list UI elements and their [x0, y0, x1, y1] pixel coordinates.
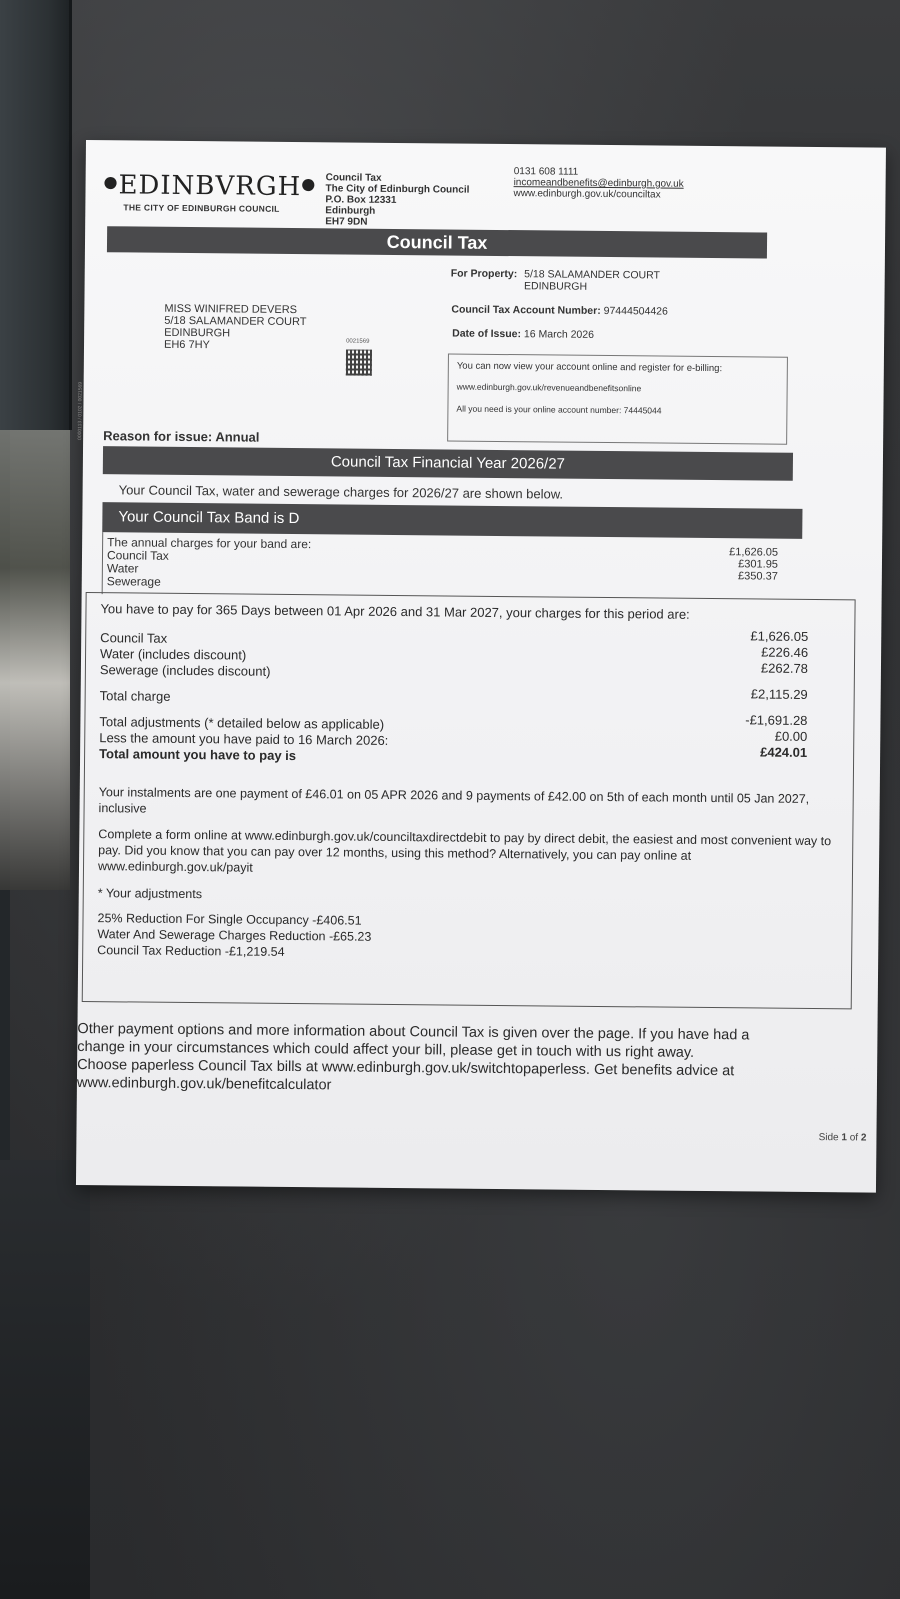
adjustments-list: 25% Reduction For Single Occupancy -£406… — [97, 910, 837, 965]
datamatrix-barcode-icon — [346, 350, 372, 376]
financial-year-bar: Council Tax Financial Year 2026/27 — [103, 446, 793, 481]
addressee-block: MISS WINIFRED DEVERS 5/18 SALAMANDER COU… — [164, 303, 307, 352]
page-indicator: Side 1 of 2 — [819, 1132, 867, 1143]
page-total: 2 — [861, 1132, 867, 1143]
period-line: You have to pay for 365 Days between 01 … — [100, 601, 840, 623]
footer-text: Other payment options and more informati… — [77, 1020, 818, 1099]
council-tax-bill-paper: ●EDINBVRGH● THE CITY OF EDINBURGH COUNCI… — [76, 140, 886, 1193]
band-charge-amount: £350.37 — [729, 570, 778, 582]
adjustments-amount: -£1,691.28 — [745, 712, 807, 729]
page-indicator-prefix: Side — [819, 1132, 842, 1143]
left-bottom-background — [0, 1160, 90, 1599]
online-account-number: All you need is your online account numb… — [456, 403, 778, 418]
property-line: EDINBURGH — [524, 280, 660, 293]
charges-table: Council Tax Water (includes discount) Se… — [99, 630, 840, 769]
charge-amount: £226.46 — [746, 644, 808, 661]
online-account-intro: You can now view your account online and… — [457, 361, 779, 376]
reason-for-issue: Reason for issue: Annual — [103, 428, 259, 444]
issue-date-value: 16 March 2026 — [524, 328, 594, 341]
account-number: Council Tax Account Number: 97444504426 — [451, 304, 668, 318]
account-number-label: Council Tax Account Number: — [451, 304, 600, 317]
band-charge-amount: £1,626.05 — [729, 546, 778, 558]
logo-text: EDINBVRGH — [118, 170, 301, 202]
sender-address: Council Tax The City of Edinburgh Counci… — [325, 172, 469, 228]
online-account-link[interactable]: www.edinburgh.gov.uk/revenueandbenefitso… — [457, 381, 779, 396]
left-object-background — [0, 0, 72, 430]
addressee-line: EH6 7HY — [164, 339, 306, 352]
band-charges: The annual charges for your band are: Co… — [102, 532, 803, 601]
logo-dot-icon: ● — [104, 172, 119, 191]
side-print-code: 0000113 / 0102 / 0021569 — [77, 382, 84, 440]
logo-subtitle: THE CITY OF EDINBURGH COUNCIL — [123, 202, 316, 214]
charge-amount: £1,626.05 — [746, 628, 808, 645]
sender-line: EH7 9DN — [325, 216, 469, 228]
account-number-value: 97444504426 — [604, 305, 668, 318]
period-charges-box: You have to pay for 365 Days between 01 … — [82, 592, 856, 1009]
issue-date-label: Date of Issue: — [452, 328, 521, 341]
barcode-number: 0021569 — [346, 339, 369, 345]
council-logo: ●EDINBVRGH● THE CITY OF EDINBURGH COUNCI… — [103, 170, 316, 214]
direct-debit-text: Complete a form online at www.edinburgh.… — [98, 826, 838, 881]
band-charge-amounts: £1,626.05 £301.95 £350.37 — [729, 546, 778, 582]
contact-details: 0131 608 1111 incomeandbenefits@edinburg… — [513, 166, 683, 201]
online-account-box: You can now view your account online and… — [447, 353, 788, 444]
issue-date: Date of Issue: 16 March 2026 — [452, 328, 594, 341]
year-note: Your Council Tax, water and sewerage cha… — [119, 482, 564, 501]
adjustments-title: * Your adjustments — [98, 886, 838, 907]
logo-dot-icon: ● — [301, 174, 316, 193]
total-charge-label: Total charge — [100, 688, 840, 711]
website-link[interactable]: www.edinburgh.gov.uk/counciltax — [513, 188, 683, 201]
logo-wordmark: ●EDINBVRGH● — [103, 170, 316, 202]
charges-labels: Council Tax Water (includes discount) Se… — [99, 630, 840, 769]
property-label: For Property: — [451, 268, 518, 281]
total-charge-amount: £2,115.29 — [745, 686, 807, 703]
left-clothing-background — [0, 430, 70, 890]
charges-amounts: £1,626.05 £226.46 £262.78 £2,115.29 -£1,… — [745, 628, 808, 761]
charge-amount: £262.78 — [746, 660, 808, 677]
property-address: 5/18 SALAMANDER COURT EDINBURGH — [524, 268, 660, 293]
instalments-text: Your instalments are one payment of £46.… — [99, 784, 839, 823]
property-details: For Property: 5/18 SALAMANDER COURT EDIN… — [451, 268, 660, 294]
paid-amount: £0.00 — [745, 728, 807, 745]
amount-due-value: £424.01 — [745, 744, 807, 761]
band-charge-amount: £301.95 — [729, 558, 778, 570]
page-indicator-middle: of — [847, 1132, 861, 1143]
title-bar: Council Tax — [107, 226, 767, 258]
